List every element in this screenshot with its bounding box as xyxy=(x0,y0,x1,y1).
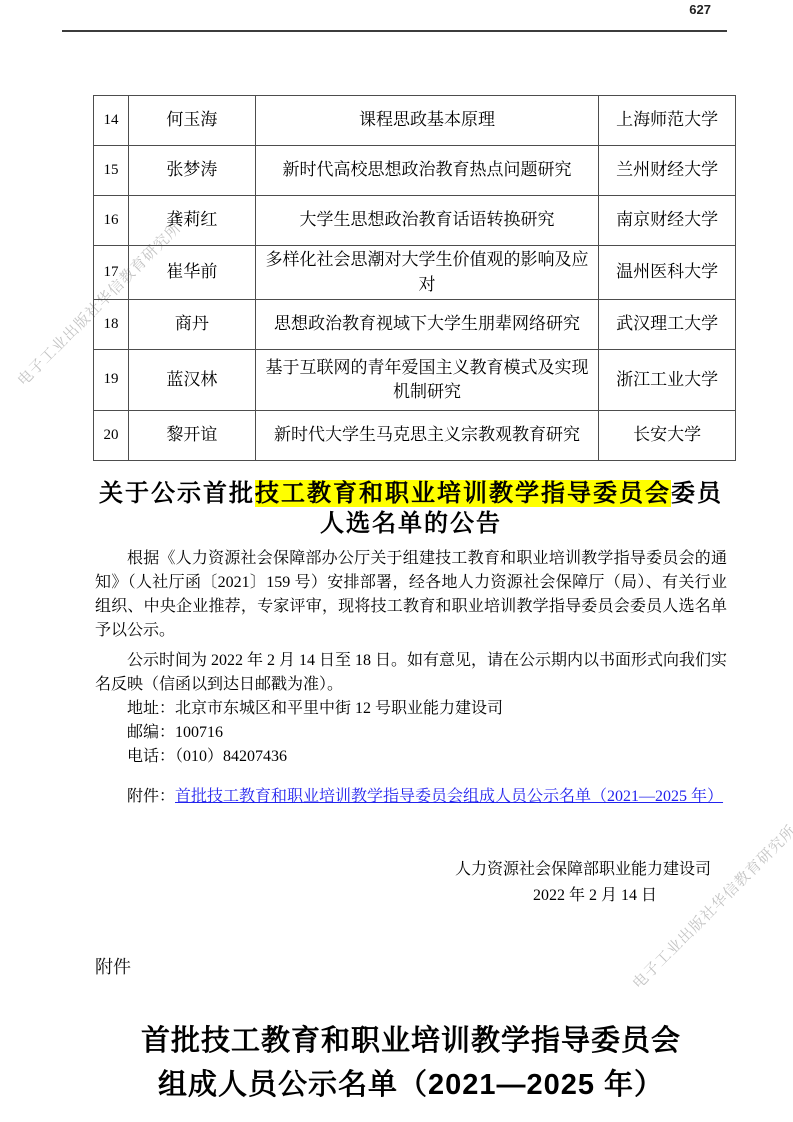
page-number: 627 xyxy=(689,2,711,17)
document-content: 14 何玉海 课程思政基本原理 上海师范大学 15 张梦涛 新时代高校思想政治教… xyxy=(95,95,727,1107)
table-row: 15 张梦涛 新时代高校思想政治教育热点问题研究 兰州财经大学 xyxy=(94,146,736,196)
cell-name: 商丹 xyxy=(128,300,255,350)
cell-name: 黎开谊 xyxy=(128,411,255,461)
cell-university: 温州医科大学 xyxy=(599,246,736,300)
cell-topic: 大学生思想政治教育话语转换研究 xyxy=(255,196,598,246)
cell-name: 龚莉红 xyxy=(128,196,255,246)
cell-no: 20 xyxy=(94,411,129,461)
cell-no: 16 xyxy=(94,196,129,246)
table-row: 18 商丹 思想政治教育视域下大学生朋辈网络研究 武汉理工大学 xyxy=(94,300,736,350)
table-row: 20 黎开谊 新时代大学生马克思主义宗教观教育研究 长安大学 xyxy=(94,411,736,461)
attachment-label: 附件： xyxy=(127,788,175,805)
title-prefix: 关于公示首批 xyxy=(99,480,255,507)
cell-name: 何玉海 xyxy=(128,96,255,146)
cell-no: 15 xyxy=(94,146,129,196)
cell-university: 长安大学 xyxy=(599,411,736,461)
table-row: 14 何玉海 课程思政基本原理 上海师范大学 xyxy=(94,96,736,146)
header-rule xyxy=(62,30,727,32)
table-row: 19 蓝汉林 基于互联网的青年爱国主义教育模式及实现机制研究 浙江工业大学 xyxy=(94,350,736,411)
title-highlight: 技工教育和职业培训教学指导委员会 xyxy=(255,480,671,507)
cell-topic: 课程思政基本原理 xyxy=(255,96,598,146)
attachment-line: 附件：首批技工教育和职业培训教学指导委员会组成人员公示名单（2021—2025 … xyxy=(95,785,727,809)
appendix-title: 首批技工教育和职业培训教学指导委员会 组成人员公示名单（2021—2025 年） xyxy=(95,1019,727,1107)
cell-name: 蓝汉林 xyxy=(128,350,255,411)
cell-topic: 思想政治教育视域下大学生朋辈网络研究 xyxy=(255,300,598,350)
cell-university: 南京财经大学 xyxy=(599,196,736,246)
appendix-title-line1: 首批技工教育和职业培训教学指导委员会 xyxy=(95,1019,727,1063)
postcode-line: 邮编：100716 xyxy=(95,721,727,745)
signature-date: 2022 年 2 月 14 日 xyxy=(95,883,727,909)
cell-name: 张梦涛 xyxy=(128,146,255,196)
table-row: 17 崔华前 多样化社会思潮对大学生价值观的影响及应对 温州医科大学 xyxy=(94,246,736,300)
table-row: 16 龚莉红 大学生思想政治教育话语转换研究 南京财经大学 xyxy=(94,196,736,246)
cell-topic: 多样化社会思潮对大学生价值观的影响及应对 xyxy=(255,246,598,300)
cell-university: 兰州财经大学 xyxy=(599,146,736,196)
cell-topic: 基于互联网的青年爱国主义教育模式及实现机制研究 xyxy=(255,350,598,411)
cell-name: 崔华前 xyxy=(128,246,255,300)
cell-university: 武汉理工大学 xyxy=(599,300,736,350)
committee-roster-table: 14 何玉海 课程思政基本原理 上海师范大学 15 张梦涛 新时代高校思想政治教… xyxy=(93,95,736,461)
cell-university: 上海师范大学 xyxy=(599,96,736,146)
cell-topic: 新时代大学生马克思主义宗教观教育研究 xyxy=(255,411,598,461)
address-line: 地址：北京市东城区和平里中街 12 号职业能力建设司 xyxy=(95,697,727,721)
cell-university: 浙江工业大学 xyxy=(599,350,736,411)
cell-no: 18 xyxy=(94,300,129,350)
document-page: 627 电子工业出版社华信教育研究所 电子工业出版社华信教育研究所 14 何玉海… xyxy=(0,0,793,1122)
cell-topic: 新时代高校思想政治教育热点问题研究 xyxy=(255,146,598,196)
appendix-title-line2: 组成人员公示名单（2021—2025 年） xyxy=(95,1063,727,1107)
announcement-title: 关于公示首批技工教育和职业培训教学指导委员会委员人选名单的公告 xyxy=(95,479,727,539)
signature-org: 人力资源社会保障部职业能力建设司 xyxy=(95,857,727,883)
appendix-label: 附件 xyxy=(95,955,727,979)
announcement-paragraph-2: 公示时间为 2022 年 2 月 14 日至 18 日。如有意见，请在公示期内以… xyxy=(95,649,727,697)
announcement-paragraph-1: 根据《人力资源社会保障部办公厅关于组建技工教育和职业培训教学指导委员会的通知》（… xyxy=(95,547,727,643)
cell-no: 14 xyxy=(94,96,129,146)
phone-line: 电话：（010）84207436 xyxy=(95,745,727,769)
attachment-link[interactable]: 首批技工教育和职业培训教学指导委员会组成人员公示名单（2021—2025 年） xyxy=(175,788,723,805)
cell-no: 19 xyxy=(94,350,129,411)
cell-no: 17 xyxy=(94,246,129,300)
